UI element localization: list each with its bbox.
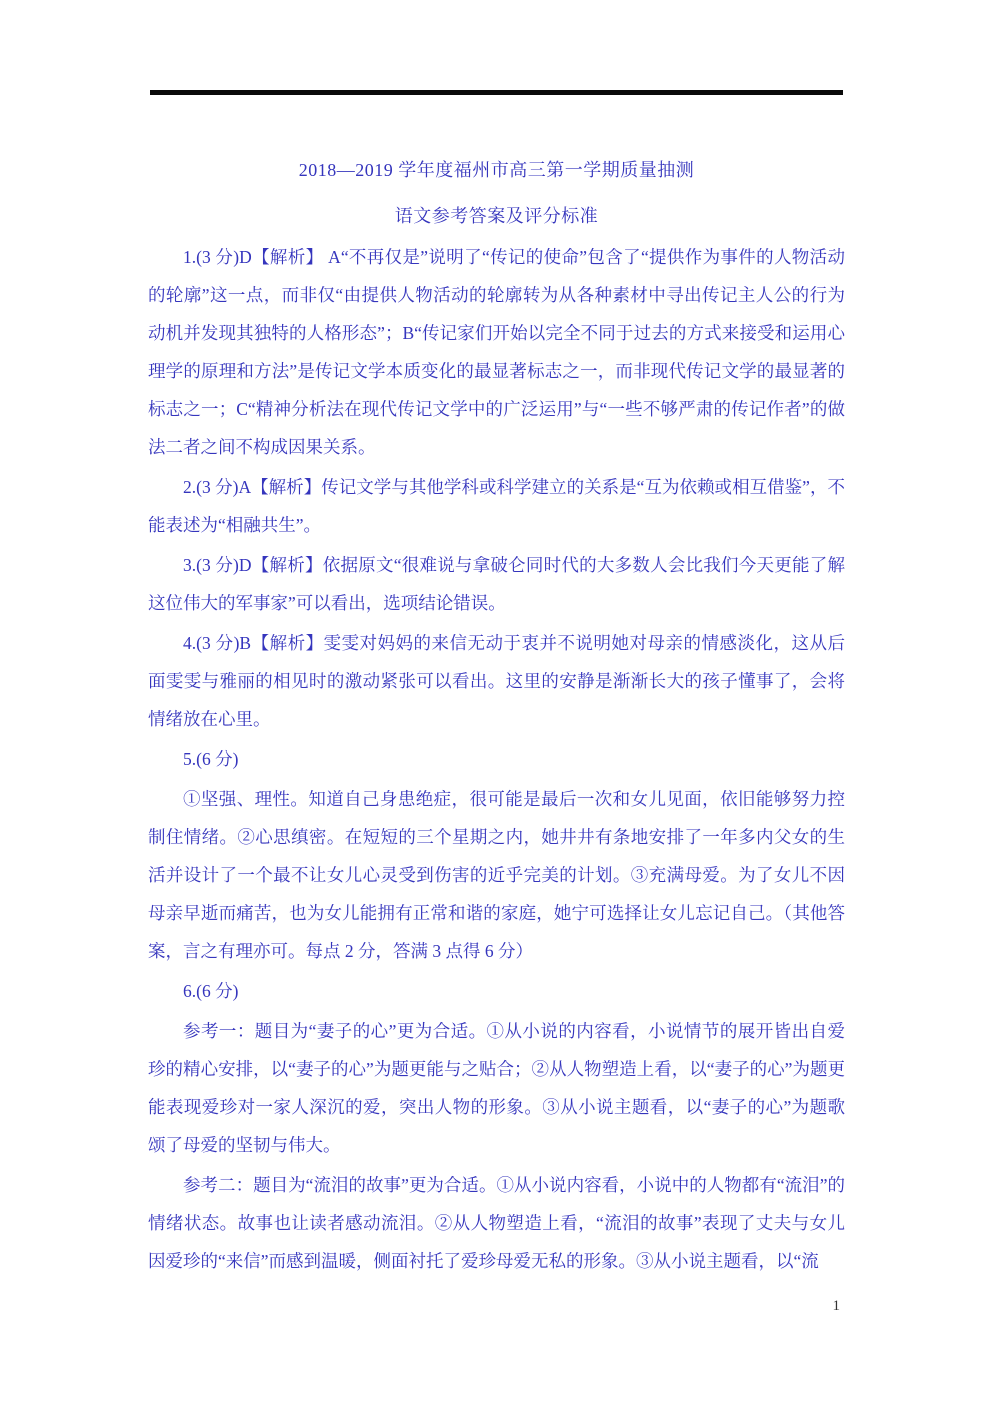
- answer-item-1: 1.(3 分)D【解析】 A“不再仅是”说明了“传记的使命”包含了“提供作为事件…: [148, 238, 845, 466]
- document-content: 2018—2019 学年度福州市高三第一学期质量抽测 语文参考答案及评分标准 1…: [148, 160, 845, 1282]
- header-rule: [150, 90, 843, 95]
- answer-item-3: 3.(3 分)D【解析】依据原文“很难说与拿破仑同时代的大多数人会比我们今天更能…: [148, 546, 845, 622]
- answer-item-4: 4.(3 分)B【解析】雯雯对妈妈的来信无动于衷并不说明她对母亲的情感淡化，这从…: [148, 624, 845, 738]
- document-subtitle: 语文参考答案及评分标准: [148, 206, 845, 226]
- answer-item-6-heading: 6.(6 分): [148, 972, 845, 1010]
- document-title: 2018—2019 学年度福州市高三第一学期质量抽测: [148, 160, 845, 180]
- answer-item-6-reference-2: 参考二：题目为“流泪的故事”更为合适。①从小说内容看，小说中的人物都有“流泪”的…: [148, 1166, 845, 1280]
- answer-item-5-detail: ①坚强、理性。知道自己身患绝症，很可能是最后一次和女儿见面，依旧能够努力控制住情…: [148, 780, 845, 970]
- answer-item-2: 2.(3 分)A【解析】传记文学与其他学科或科学建立的关系是“互为依赖或相互借鉴…: [148, 468, 845, 544]
- answer-key-body: 1.(3 分)D【解析】 A“不再仅是”说明了“传记的使命”包含了“提供作为事件…: [148, 238, 845, 1280]
- answer-item-6-reference-1: 参考一：题目为“妻子的心”更为合适。①从小说的内容看，小说情节的展开皆出自爱珍的…: [148, 1012, 845, 1164]
- page-number: 1: [833, 1298, 841, 1315]
- answer-item-5-heading: 5.(6 分): [148, 740, 845, 778]
- document-page: 2018—2019 学年度福州市高三第一学期质量抽测 语文参考答案及评分标准 1…: [0, 0, 992, 1403]
